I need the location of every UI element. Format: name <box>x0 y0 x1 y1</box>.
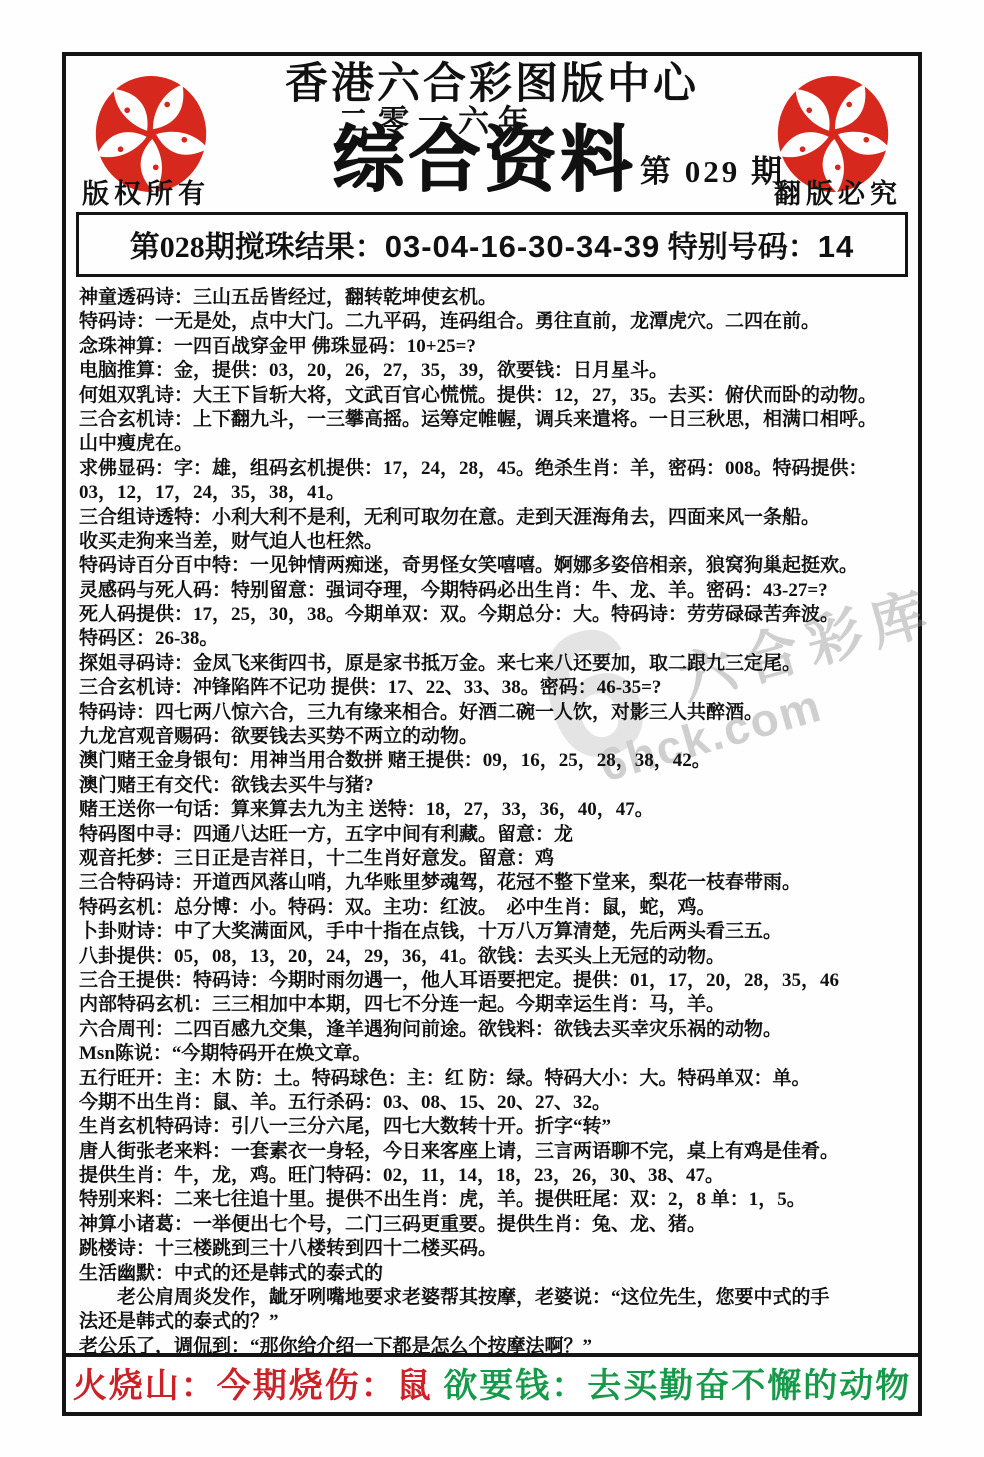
body-line: 特码诗：四七两八惊六合，三九有缘来相合。好酒二碗一人饮，对影三人共醉酒。 <box>79 701 906 725</box>
body-line: 特码图中寻：四通八达旺一方，五字中间有利藏。留意：龙 <box>79 823 906 847</box>
result-special-number: 14 <box>818 229 854 264</box>
body-line: 提供生肖：牛，龙，鸡。旺门特码：02，11，14，18，23，26，30、38、… <box>79 1164 906 1188</box>
body-line: 赌王送你一句话：算来算去九为主 送特：18，27，33，36，40，47。 <box>79 798 906 822</box>
result-prefix: 第028期搅珠结果： <box>130 231 385 264</box>
body-line: 灵感码与死人码：特别留意：强词夺理，今期特码必出生肖：牛、龙、羊。密码：43-2… <box>79 579 906 603</box>
body-line: 今期不出生肖：鼠、羊。五行杀码：03、08、15、20、27、32。 <box>79 1091 906 1115</box>
body-line: 特码诗百分百中特：一见钟情两痴迷，奇男怪女笑嘻嘻。婀娜多姿倍相亲，狼窝狗巢起挺欢… <box>79 554 906 578</box>
body-line: 电脑推算：金，提供：03，20，26，27，35，39，欲要钱：日月星斗。 <box>79 359 906 383</box>
body-line: 死人码提供：17，25，30，38。今期单双：双。今期总分：大。特码诗：劳劳碌碌… <box>79 603 906 627</box>
body-line: 求佛显码：字：雄，组码玄机提供：17，24，28，45。绝杀生肖：羊，密码：00… <box>79 457 906 481</box>
body-line: 何姐双乳诗：大王下旨斩大将，文武百官心慌慌。提供：12，27，35。去买：俯伏而… <box>79 384 906 408</box>
copyright-left-label: 版权所有 <box>82 172 210 211</box>
copyright-right-label: 翻版必究 <box>774 172 902 211</box>
header: 版权所有 翻版必究 香港六合彩图版中心 二零一六年 综合资料 第 029 期 <box>66 60 918 210</box>
body-line: 念珠神算：一四百战穿金甲 佛珠显码：10+25=? <box>79 335 906 359</box>
body-line: 老公肩周炎发作，龇牙咧嘴地要求老婆帮其按摩，老婆说：“这位先生，您要中式的手 <box>79 1286 906 1310</box>
main-title: 综合资料 <box>332 124 636 196</box>
body-line: 内部特码玄机：三三相加中本期，四七不分连一起。今期幸运生肖：马，羊。 <box>79 993 906 1017</box>
body-line: 九龙宫观音赐码：欲要钱去买势不两立的动物。 <box>79 725 906 749</box>
body-line: 三合玄机诗：上下翻九斗，一三攀高摇。运筹定帷幄，调兵来遣将。一日三秋思，相满口相… <box>79 408 906 432</box>
footer-green-tip: 欲要钱：去买勤奋不懈的动物 <box>443 1368 911 1405</box>
body-line: 唐人街张老来料：一套素衣一身轻，今日来客座上请，三言两语聊不完，桌上有鸡是佳肴。 <box>79 1140 906 1164</box>
body-line: 特码诗：一无是处，点中大门。二九平码，连码组合。勇往直前，龙潭虎穴。二四在前。 <box>79 310 906 334</box>
body-line: 收买走狗来当差，财气迫人也枉然。 <box>79 530 906 554</box>
body-line: 山中瘦虎在。 <box>79 432 906 456</box>
issue-label: 第 029 期 <box>640 146 785 191</box>
body-line: 03，12，17，24，35，38，41。 <box>79 481 906 505</box>
lottery-sheet-page: 6 六合彩库 6hck.com <box>0 0 984 1457</box>
body-line: 特码玄机：总分博：小。特码：双。主功：红波。 必中生肖：鼠，蛇，鸡。 <box>79 896 906 920</box>
body-line: 神童透码诗：三山五岳皆经过，翻转乾坤使玄机。 <box>79 286 906 310</box>
footer-box: 火烧山：今期烧伤：鼠 欲要钱：去买勤奋不懈的动物 <box>62 1353 922 1416</box>
footer-red-tip: 火烧山：今期烧伤：鼠 <box>73 1368 444 1405</box>
body-line: 澳门赌王金身银句：用神当用合数拼 赌王提供：09，16，25，28，38，42。 <box>79 749 906 773</box>
content-frame: 6 六合彩库 6hck.com <box>62 52 922 1416</box>
body-line: 特别来料：二来七往追十里。提供不出生肖：虎，羊。提供旺尾：双：2，8 单：1，5… <box>79 1188 906 1212</box>
body-line: 法还是韩式的泰式的？” <box>79 1310 906 1334</box>
body-line: 卜卦财诗：中了大奖满面风，手中十指在点钱，十万八万算清楚，先后两头看三五。 <box>79 920 906 944</box>
body-line: 神算小诸葛：一举便出七个号，二门三码更重要。提供生肖：兔、龙、猪。 <box>79 1213 906 1237</box>
result-box: 第028期搅珠结果：03-04-16-30-34-39 特别号码：14 <box>76 212 908 277</box>
body-line: 六合周刊：二四百感九交集，逢羊遇狗问前途。欲钱料：欲钱去买幸灾乐祸的动物。 <box>79 1018 906 1042</box>
result-numbers: 03-04-16-30-34-39 <box>385 229 661 264</box>
body-line: 观音托梦：三日正是吉祥日，十二生肖好意发。留意：鸡 <box>79 847 906 871</box>
body-line: 生肖玄机特码诗：引八一三分六尾，四七大数转十开。折字“转” <box>79 1115 906 1139</box>
body-line: 五行旺开：主：木 防：土。特码球色：主：红 防：绿。特码大小：大。特码单双：单。 <box>79 1067 906 1091</box>
body-line: 跳楼诗：十三楼跳到三十八楼转到四十二楼买码。 <box>79 1237 906 1261</box>
body-line: 八卦提供：05，08，13，20，24，29，36，41。欲钱：去买头上无冠的动… <box>79 945 906 969</box>
body-text: 神童透码诗：三山五岳皆经过，翻转乾坤使玄机。 特码诗：一无是处，点中大门。二九平… <box>66 277 918 1384</box>
body-line: 特码区：26-38。 <box>79 627 906 651</box>
body-line: Msn陈说：“今期特码开在焕文章。 <box>79 1042 906 1066</box>
body-line: 生活幽默：中式的还是韩式的泰式的 <box>79 1262 906 1286</box>
body-line: 三合特码诗：开道西风落山哨，九华账里梦魂驾，花冠不整下堂来，梨花一枝春带雨。 <box>79 871 906 895</box>
body-line: 三合王提供：特码诗：今期时雨勿遇一，他人耳语要把定。提供：01，17，20，28… <box>79 969 906 993</box>
body-line: 探姐寻码诗：金凤飞来街四书，原是家书抵万金。来七来八还要加，取二跟九三定尾。 <box>79 652 906 676</box>
body-line: 澳门赌王有交代：欲钱去买牛与猪? <box>79 774 906 798</box>
result-special-label: 特别号码： <box>660 231 818 264</box>
body-line: 三合玄机诗：冲锋陷阵不记功 提供：17、22、33、38。密码：46-35=? <box>79 676 906 700</box>
body-line: 三合组诗透特：小利大利不是利，无利可取勿在意。走到天涯海角去，四面来风一条船。 <box>79 506 906 530</box>
